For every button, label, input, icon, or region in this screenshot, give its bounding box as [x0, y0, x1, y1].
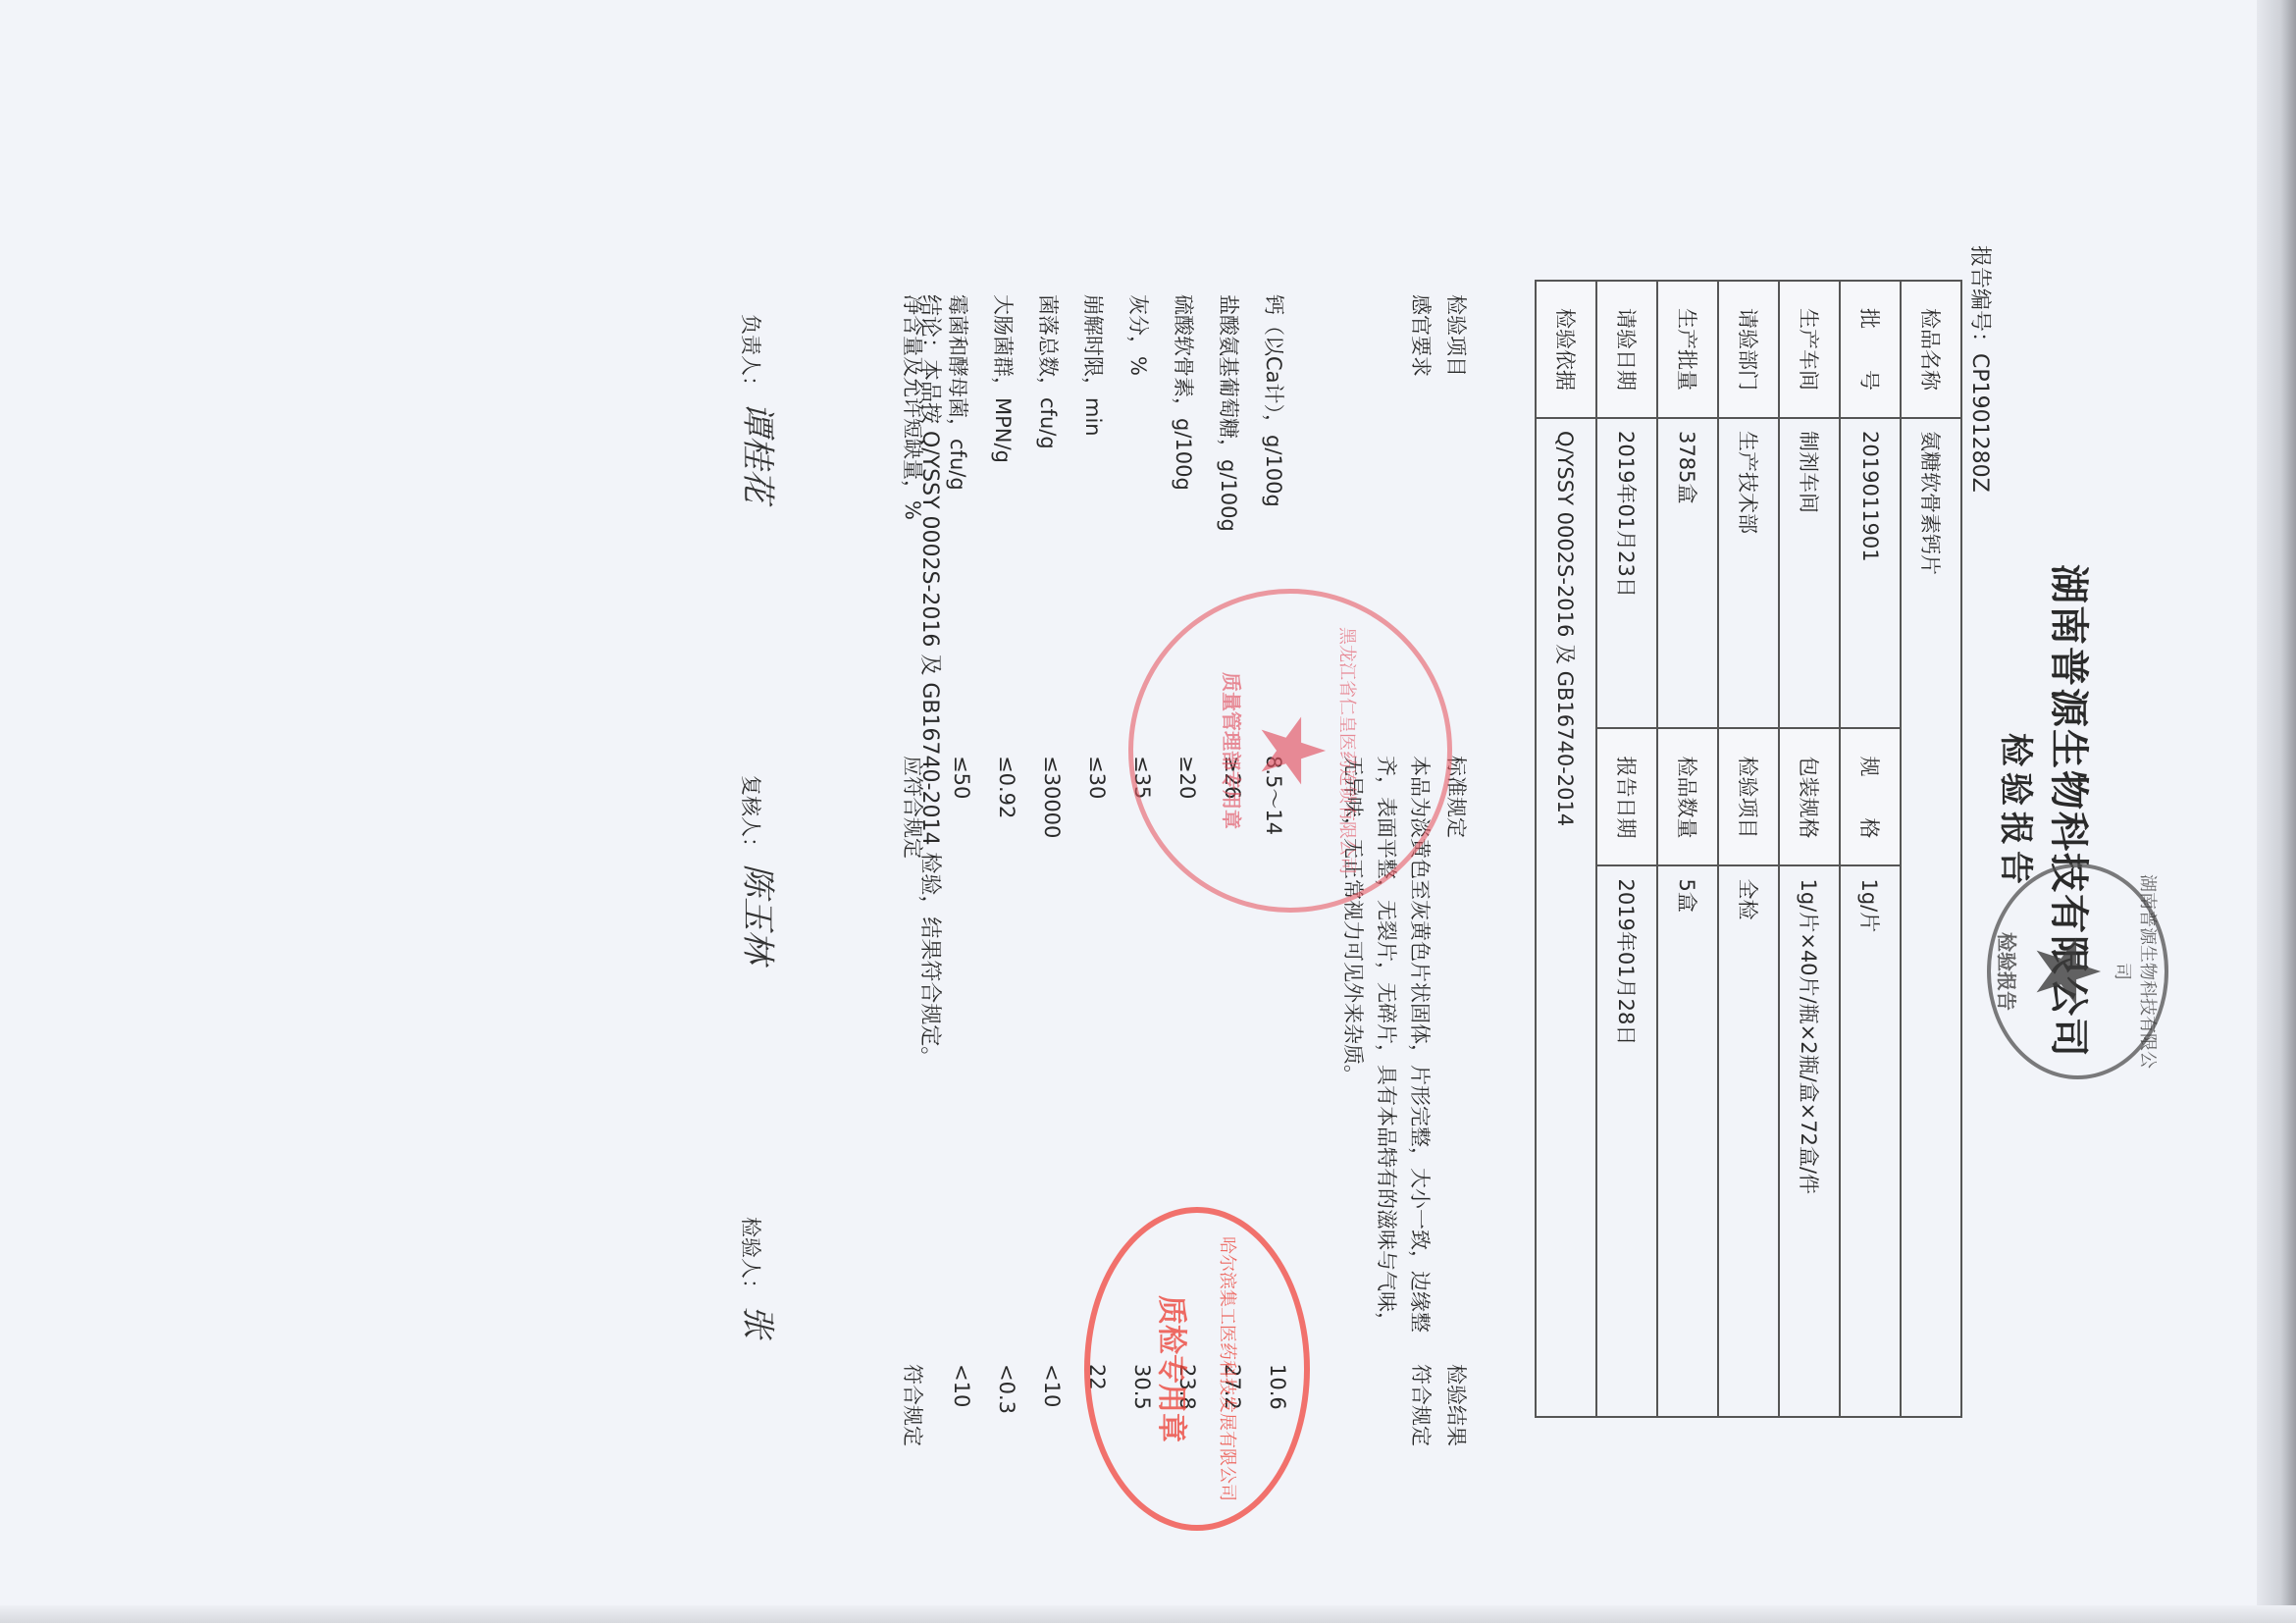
- table-row: 检验依据 Q/YSSY 0002S-2016 及 GB16740-2014: [1536, 281, 1596, 1417]
- result-row: 大肠菌群，MPN/g≤0.92<0.3: [973, 294, 1018, 1521]
- result-result: <10: [1040, 1364, 1064, 1521]
- star-icon: ★: [1248, 711, 1336, 791]
- signature-block: 负责人： 谭桂花 复核人： 陈玉林 检验人： 张: [737, 314, 785, 1492]
- report-title: 检验报告: [1995, 0, 2043, 1623]
- inspection-report-page: 湖南普源生物科技有限公司 检验报告 湖南普源生物科技有限公司 ★ 检验报告 报告…: [0, 0, 2296, 1623]
- result-item: 崩解时限，min: [1079, 294, 1109, 756]
- responsible-signature: 负责人： 谭桂花: [737, 314, 785, 775]
- sample-info-table: 检品名称 氨糖软骨素钙片 批 号 2019011901 规 格 1g/片 生产车…: [1535, 280, 1962, 1418]
- result-standard: ≤0.92: [995, 756, 1018, 1364]
- report-number: 报告编号：CP1901280Z: [1966, 245, 1997, 493]
- table-row: 检品名称 氨糖软骨素钙片: [1901, 281, 1961, 1417]
- result-result: <10: [950, 1364, 973, 1521]
- reviewer-signature: 复核人： 陈玉林: [737, 775, 785, 1217]
- result-result: <0.3: [995, 1364, 1018, 1521]
- star-icon: ★: [2022, 932, 2111, 1012]
- table-row: 请验部门 生产技术部 检验项目 全检: [1718, 281, 1779, 1417]
- company-seal: 湖南普源生物科技有限公司 ★ 检验报告: [1987, 864, 2168, 1079]
- result-standard: ≤30000: [1040, 756, 1064, 1364]
- table-row: 生产车间 制剂车间 包装规格 1g/片×40片/瓶×2瓶/盒×72盒/件: [1779, 281, 1840, 1417]
- results-header: 检验项目 标准规定 检验结果: [1442, 294, 1472, 1521]
- result-item: 大肠菌群，MPN/g: [989, 294, 1018, 756]
- inspector-signature: 检验人： 张: [737, 1217, 785, 1338]
- company-name: 湖南普源生物科技有限公司: [2044, 0, 2100, 1623]
- result-row: 菌落总数，cfu/g≤30000<10: [1018, 294, 1064, 1521]
- qc-seal: 哈尔滨集工医药科技发展有限公司 质检专用章: [1084, 1207, 1310, 1531]
- result-result: 符合规定: [899, 1364, 928, 1521]
- table-row: 批 号 2019011901 规 格 1g/片: [1840, 281, 1901, 1417]
- table-row: 生产批量 3785盒 检品数量 5盒: [1657, 281, 1718, 1417]
- table-row: 请验日期 2019年01月23日 报告日期 2019年01月28日: [1596, 281, 1657, 1417]
- quality-dept-seal: 黑龙江省仁皇医药连锁有限公司 ★ 质量管理部专用章: [1128, 589, 1452, 913]
- conclusion: 结论：本品按 Q/YSSY 0002S-2016 及 GB16740-2014 …: [916, 294, 947, 1068]
- result-standard: ≤50: [950, 756, 973, 1364]
- result-item: 霉菌和酵母菌，cfu/g: [944, 294, 973, 756]
- result-item: 菌落总数，cfu/g: [1034, 294, 1064, 756]
